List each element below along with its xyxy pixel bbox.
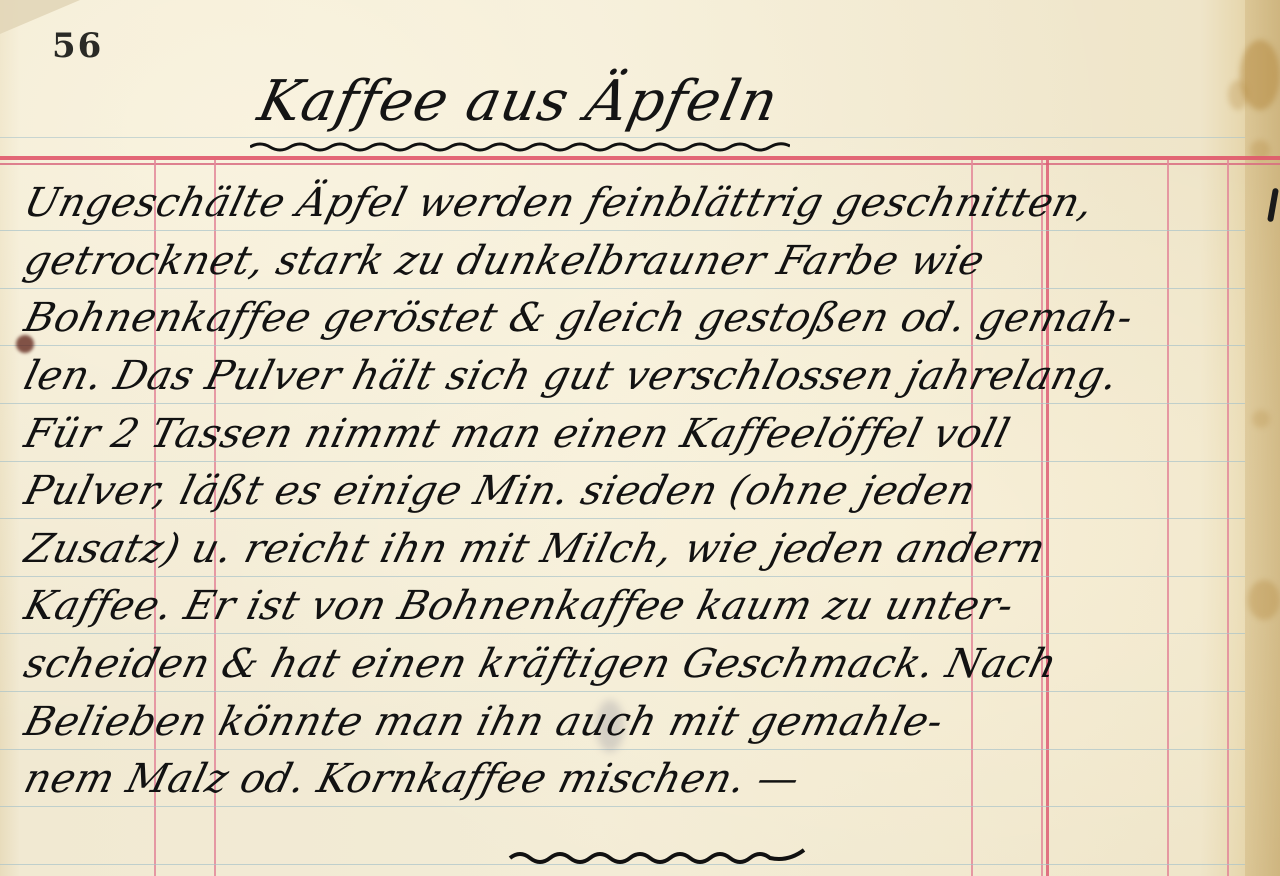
stain — [1228, 80, 1248, 110]
text-line: Pulver, läßt es einige Min. sieden (ohne… — [18, 462, 1262, 520]
page-number: 56 — [52, 26, 103, 66]
closing-flourish — [508, 842, 808, 868]
text-line: Zusatz) u. reicht ihn mit Milch, wie jed… — [18, 520, 1262, 578]
header-red-rule-thin — [0, 163, 1280, 165]
ledger-page: 56 Kaffee aus Äpfeln Ungeschälte Äpfel w… — [0, 0, 1280, 876]
title-wavy-underline — [250, 138, 790, 154]
text-line: nem Malz od. Kornkaffee mischen. — — [18, 750, 1262, 808]
text-line: Belieben könnte man ihn auch mit gemahle… — [18, 693, 1262, 751]
text-line: getrocknet, stark zu dunkelbrauner Farbe… — [18, 232, 1262, 290]
text-line: len. Das Pulver hält sich gut verschloss… — [18, 347, 1262, 405]
header-red-rule — [0, 156, 1280, 160]
text-line: Kaffee. Er ist von Bohnenkaffee kaum zu … — [18, 577, 1262, 635]
text-line: Ungeschälte Äpfel werden feinblättrig ge… — [18, 174, 1262, 232]
text-line: Für 2 Tassen nimmt man einen Kaffeelöffe… — [18, 405, 1262, 463]
text-line: Bohnenkaffee geröstet & gleich gestoßen … — [18, 289, 1262, 347]
text-line: scheiden & hat einen kräftigen Geschmack… — [18, 635, 1262, 693]
